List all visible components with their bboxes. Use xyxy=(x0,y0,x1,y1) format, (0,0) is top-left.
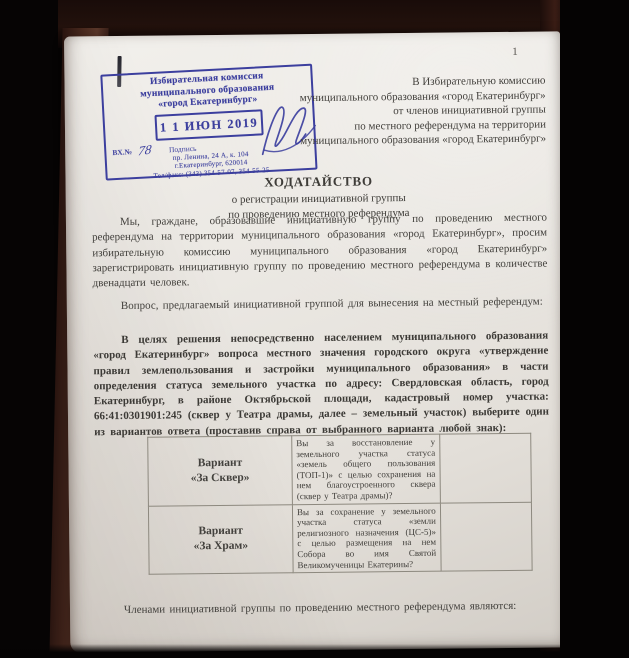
option-cell-za-khram: Вариант «За Храм» xyxy=(148,504,293,574)
page-number: 1 xyxy=(512,46,518,58)
recipient-line: муниципального образования «город Екатер… xyxy=(216,132,546,150)
paragraph-question-intro: Вопрос, предлагаемый инициативной группо… xyxy=(93,295,548,315)
question-cell: Вы за сохранение у земельного участка ст… xyxy=(292,503,441,573)
photo-background-right xyxy=(560,0,629,658)
option-name-line1: Вариант xyxy=(148,455,291,471)
title-main: ХОДАТАЙСТВО xyxy=(91,172,545,193)
answer-mark-cell xyxy=(439,433,531,503)
handwritten-entry-number: 78 xyxy=(137,144,151,156)
answer-mark-cell xyxy=(440,502,532,572)
table-row: Вариант «За Сквер» Вы за восстановление … xyxy=(148,433,532,506)
option-cell-za-skver: Вариант «За Сквер» xyxy=(148,436,293,506)
photo-background-left xyxy=(0,0,58,658)
paragraph-members-intro: Членами инициативной группы по проведени… xyxy=(96,599,551,619)
table-row: Вариант «За Храм» Вы за сохранение у зем… xyxy=(148,502,532,575)
recipient-block: В Избирательную комиссию муниципального … xyxy=(215,74,546,150)
photo-background-bottom xyxy=(0,644,629,658)
option-name-line2: «За Сквер» xyxy=(149,470,292,486)
paragraph-referendum-question: В целях решения непосредственно населени… xyxy=(93,329,549,441)
option-name-line1: Вариант xyxy=(149,524,292,540)
referendum-options-table-body: Вариант «За Сквер» Вы за восстановление … xyxy=(148,433,532,574)
option-name-line2: «За Храм» xyxy=(149,539,292,555)
paragraph-request: Мы, граждане, образовавшие инициативную … xyxy=(92,211,548,292)
question-cell: Вы за восстановление у земельного участк… xyxy=(292,434,441,504)
referendum-options-table: Вариант «За Сквер» Вы за восстановление … xyxy=(147,433,532,575)
stamp-entry-number-label: ВХ.№ xyxy=(112,147,132,157)
document-page: 1 Избирательная комиссия муниципального … xyxy=(64,31,566,652)
photo-scene: 1 Избирательная комиссия муниципального … xyxy=(0,0,629,658)
